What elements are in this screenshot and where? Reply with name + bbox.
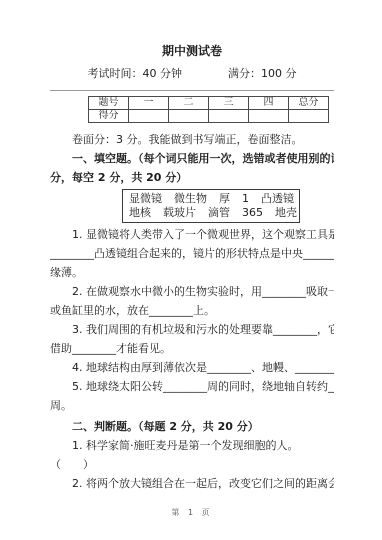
word-bank-item: 载玻片	[163, 206, 196, 220]
score-input-cell	[249, 110, 289, 123]
word-bank-item: 厚	[219, 192, 230, 206]
score-input-cell	[129, 110, 169, 123]
s1-question5-line: 周。	[50, 396, 334, 415]
word-bank-row1: 显微镜 微生物 厚 1 凸透镜	[129, 192, 293, 206]
score-table-header-cell: 三	[209, 97, 249, 110]
word-bank-item: 滴管	[208, 206, 230, 220]
score-table: 题号 一 二 三 四 总分 得分	[88, 96, 329, 123]
s1-question2-line: 或鱼缸里的水，放在________上。	[50, 301, 334, 320]
s1-question3-line: 借助________才能看见。	[50, 339, 334, 358]
word-bank-item: 显微镜	[129, 192, 162, 206]
section2-heading: 二、判断题。（每题 2 分，共 20 分）	[50, 417, 334, 436]
s1-question1-line: 1. 显微镜将人类带入了一个微观世界，这个观察工具是由两个	[50, 225, 334, 244]
full-marks-label: 满分：100 分	[228, 67, 297, 80]
s1-question1-line: 缘薄。	[50, 263, 334, 282]
word-bank-item: 微生物	[174, 192, 207, 206]
score-table-header-cell: 四	[249, 97, 289, 110]
section1-heading-line1: 一、填空题。（每个词只能用一次，选错或者使用别的词不能得	[50, 149, 334, 168]
score-table-score-row: 得分	[89, 110, 329, 123]
s2-question1-answer-brackets: （ ）	[50, 455, 334, 474]
word-bank-row2: 地核 载玻片 滴管 365 地壳	[129, 206, 293, 220]
s1-question5-line: 5. 地球绕太阳公转________周的同时，绕地轴自转约________	[50, 377, 334, 396]
word-bank-box: 显微镜 微生物 厚 1 凸透镜 地核 载玻片 滴管 365 地壳	[122, 189, 300, 223]
s2-question1-line: 1. 科学家简·施旺麦丹是第一个发现细胞的人。	[50, 436, 334, 455]
neatness-note: 卷面分：3 分。我能做到书写端正，卷面整洁。	[50, 130, 334, 149]
exam-time-label: 考试时间：40 分钟	[88, 67, 183, 80]
exam-info-row: 考试时间：40 分钟 满分：100 分	[50, 67, 334, 80]
word-bank-item: 365	[242, 206, 263, 220]
s1-question3-line: 3. 我们周围的有机垃圾和污水的处理要靠________，它们必须	[50, 320, 334, 339]
section1-heading-line2: 分，每空 2 分，共 20 分）	[50, 168, 334, 187]
exam-paper-page: 期中测试卷 考试时间：40 分钟 满分：100 分 题号 一 二 三 四 总分 …	[0, 0, 382, 540]
word-bank-item: 凸透镜	[261, 192, 294, 206]
score-table-header-row: 题号 一 二 三 四 总分	[89, 97, 329, 110]
divider-line	[50, 90, 334, 91]
score-table-header-cell: 一	[129, 97, 169, 110]
word-bank-item: 1	[242, 192, 249, 206]
score-input-cell	[169, 110, 209, 123]
score-input-cell	[289, 110, 329, 123]
s2-question2-line: 2. 将两个放大镜组合在一起后，改变它们之间的距离会改变图	[50, 474, 334, 493]
s1-question1-line: ________凸透镜组合起来的，镜片的形状特点是中央________、边	[50, 244, 334, 263]
word-bank-item: 地核	[129, 206, 151, 220]
s1-question4-line: 4. 地球结构由厚到薄依次是________、地幔、________。	[50, 358, 334, 377]
score-table-header-cell: 总分	[289, 97, 329, 110]
page-number: 第 1 页	[50, 507, 334, 518]
page-title: 期中测试卷	[50, 44, 334, 58]
score-input-cell	[209, 110, 249, 123]
score-table-header-cell: 题号	[89, 97, 129, 110]
score-row-label-cell: 得分	[89, 110, 129, 123]
score-table-header-cell: 二	[169, 97, 209, 110]
s1-question2-line: 2. 在做观察水中微小的生物实验时，用________吸取一滴池塘	[50, 282, 334, 301]
word-bank-item: 地壳	[275, 206, 297, 220]
